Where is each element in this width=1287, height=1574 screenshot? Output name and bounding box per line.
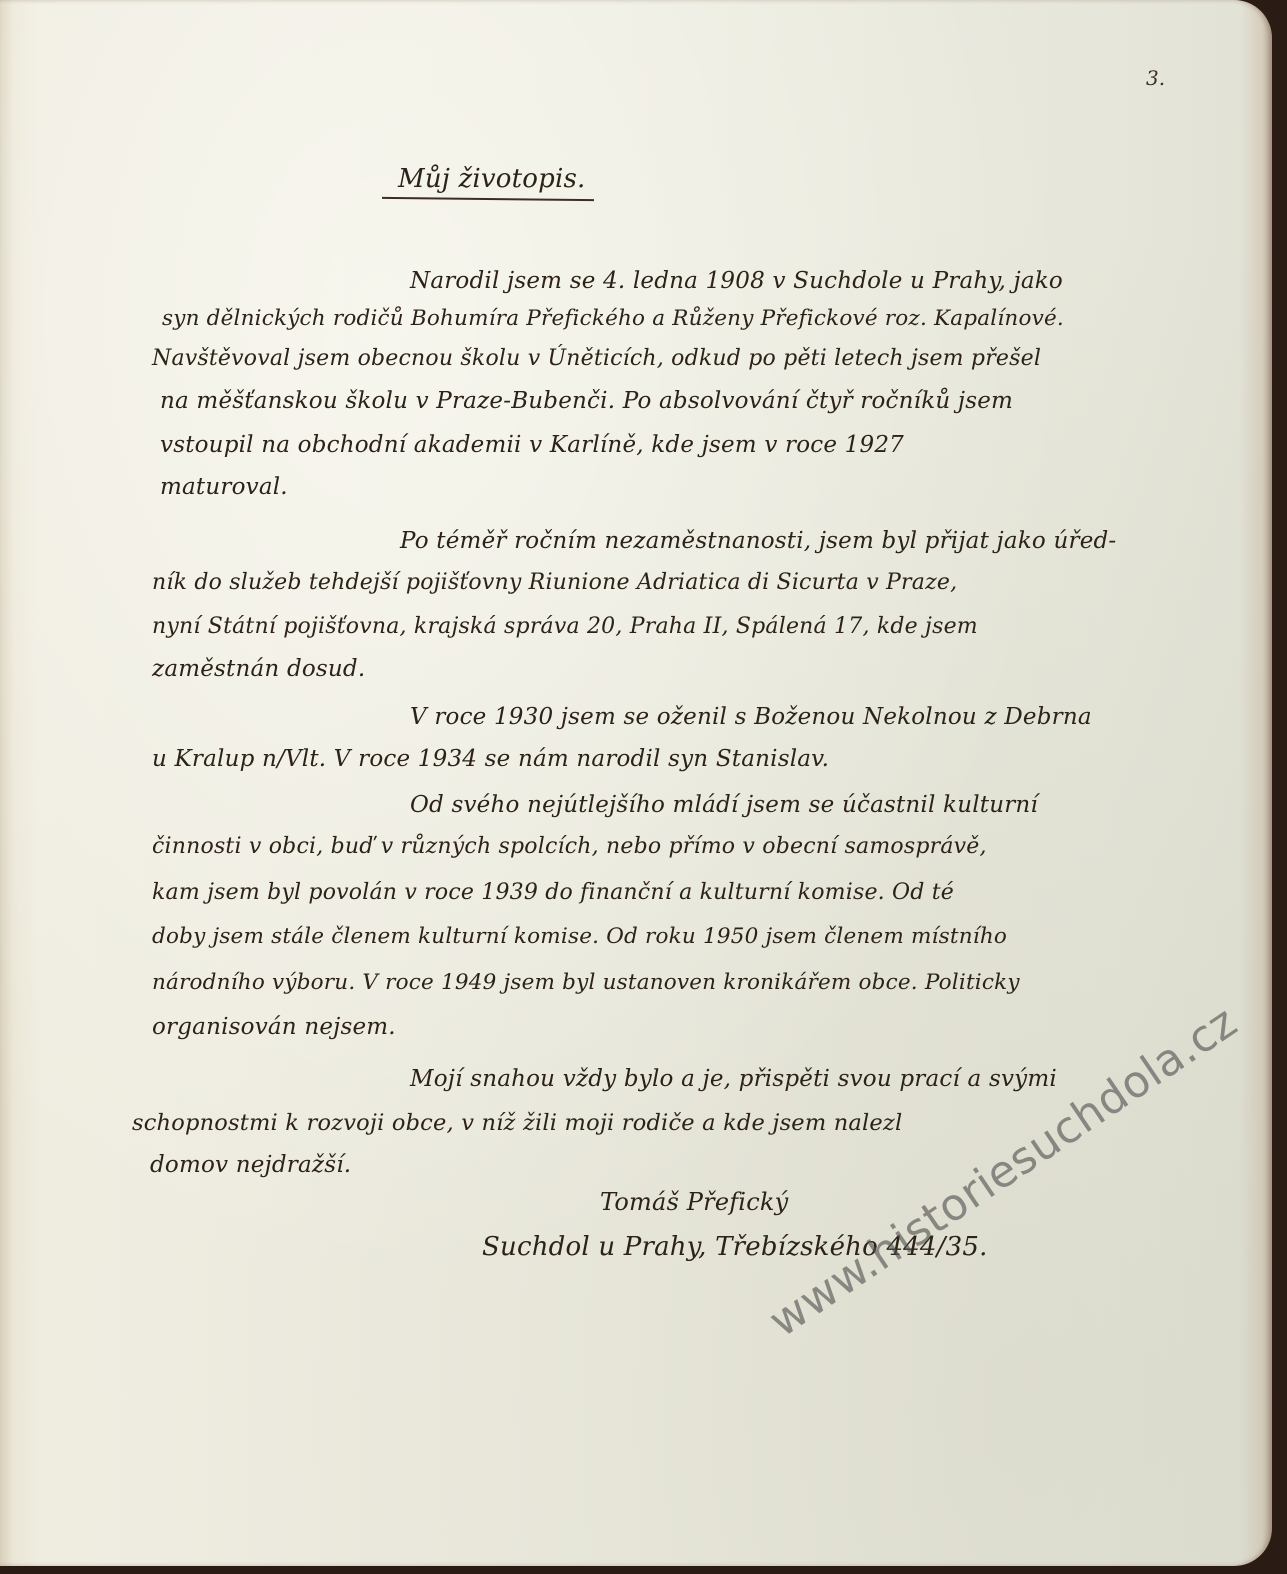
title-underline [382, 197, 594, 201]
text-line: doby jsem stále členem kulturní komise. … [152, 924, 1007, 949]
text-line: u Kralup n/Vlt. V roce 1934 se nám narod… [152, 746, 829, 772]
text-line: Od svého nejútlejšího mládí jsem se účas… [410, 792, 1038, 818]
text-line: maturoval. [160, 474, 288, 500]
text-line: syn dělnických rodičů Bohumíra Přefickéh… [162, 306, 1064, 331]
text-line: národního výboru. V roce 1949 jsem byl u… [152, 970, 1020, 995]
text-line: Narodil jsem se 4. ledna 1908 v Suchdole… [410, 268, 1063, 294]
signature: Tomáš Přefický [600, 1188, 788, 1216]
text-line: nyní Státní pojišťovna, krajská správa 2… [152, 614, 978, 639]
text-line: na měšťanskou školu v Praze-Bubenči. Po … [160, 388, 1013, 414]
watermark: www.historiesuchdola.cz [760, 996, 1246, 1347]
text-line: vstoupil na obchodní akademii v Karlíně,… [160, 432, 904, 458]
text-line: domov nejdražší. [150, 1152, 351, 1178]
text-line: kam jsem byl povolán v roce 1939 do fina… [152, 880, 954, 905]
text-line: schopnostmi k rozvoji obce, v níž žili m… [132, 1110, 902, 1136]
text-line: činnosti v obci, buď v různých spolcích,… [152, 834, 987, 859]
text-line: organisován nejsem. [152, 1014, 396, 1040]
document-title: Můj životopis. [398, 164, 586, 194]
text-line: Navštěvoval jsem obecnou školu v Úněticí… [152, 346, 1041, 371]
text-line: Mojí snahou vždy bylo a je, přispěti svo… [410, 1066, 1057, 1092]
text-line: zaměstnán dosud. [152, 656, 365, 682]
page-number: 3. [1146, 66, 1165, 90]
text-line: ník do služeb tehdejší pojišťovny Riunio… [152, 570, 957, 595]
text-line: V roce 1930 jsem se oženil s Boženou Nek… [410, 704, 1092, 730]
document-page: 3. Můj životopis. Narodil jsem se 4. led… [0, 0, 1272, 1566]
text-line: Po téměř ročním nezaměstnanosti, jsem by… [400, 528, 1116, 554]
